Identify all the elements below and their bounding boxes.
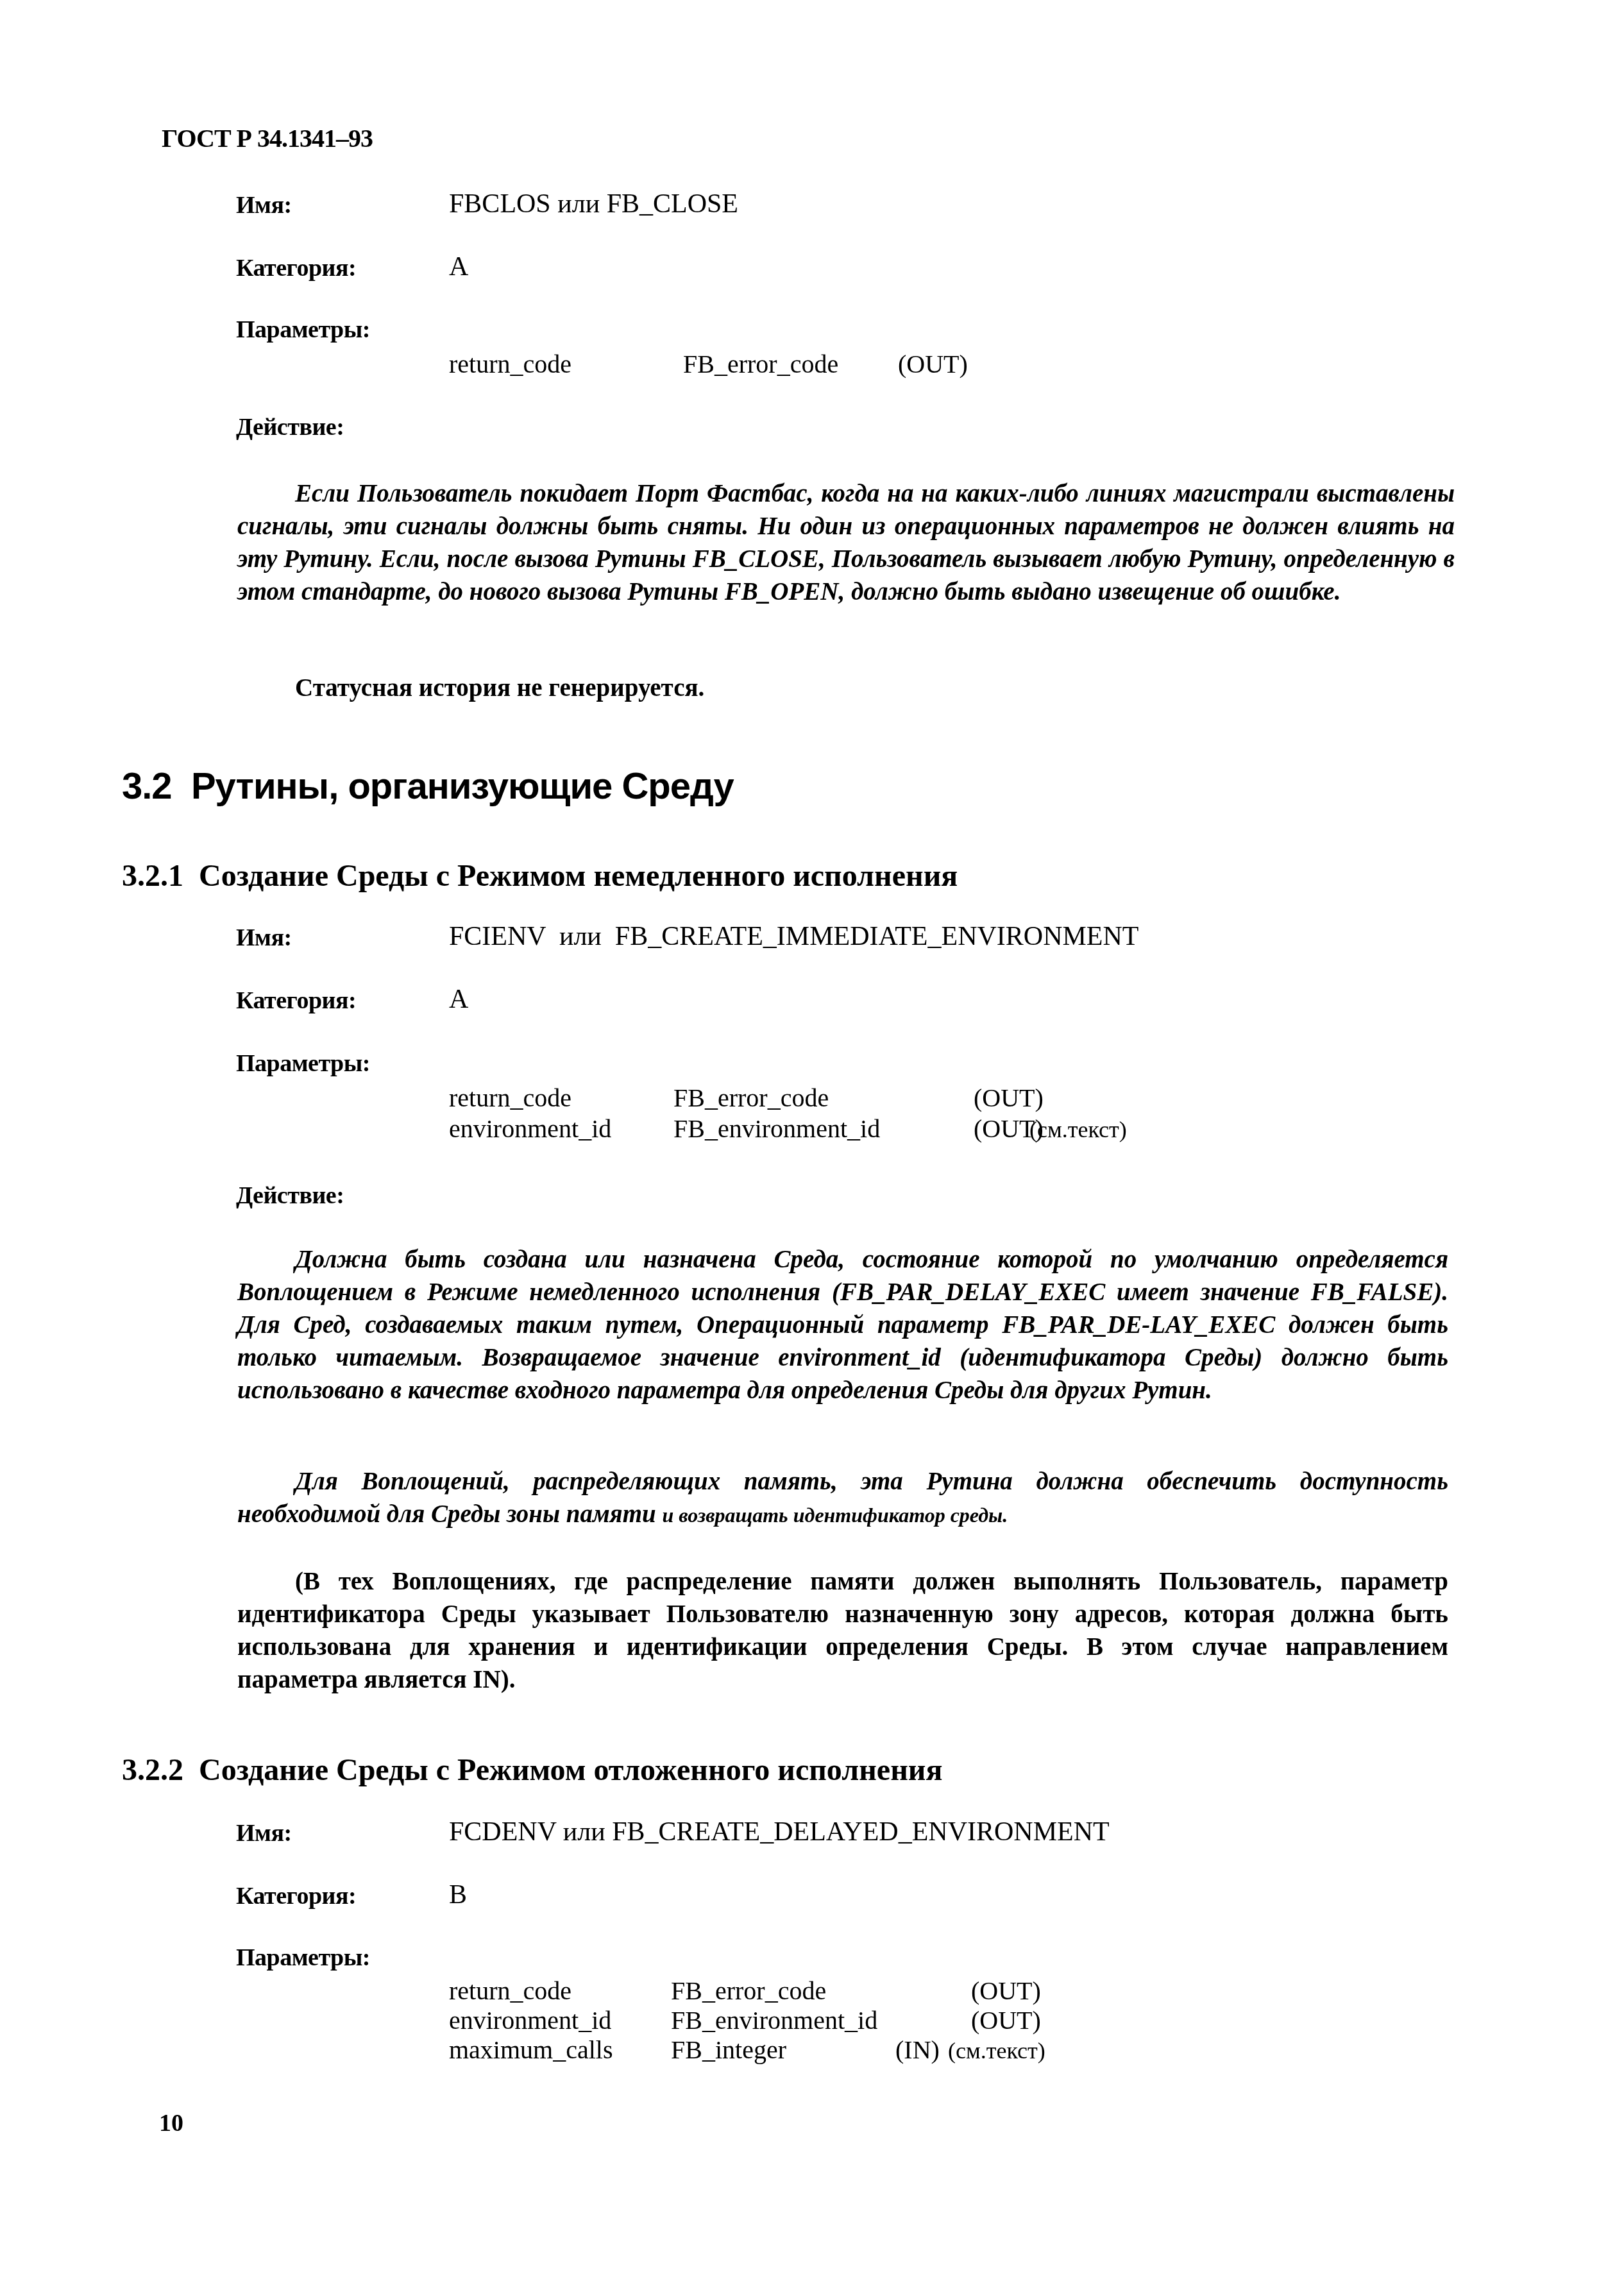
param-type: FB_error_code: [683, 349, 838, 379]
category-label: Категория:: [236, 987, 356, 1015]
routine-name: FBCLOS или FB_CLOSE: [449, 189, 738, 219]
param-type: FB_integer: [671, 2035, 786, 2065]
routine-category: A: [449, 984, 468, 1015]
action-paragraph-memory: Для Воплощений, распределяющих память, э…: [237, 1465, 1448, 1532]
param-type: FB_environment_id: [671, 2005, 877, 2035]
param-note: (см.текст): [948, 2037, 1045, 2064]
param-note: (см.текст): [1029, 1116, 1127, 1143]
action-paragraph: Должна быть создана или назначена Среда,…: [237, 1243, 1448, 1407]
subsection-title: Создание Среды с Режимом немедленного ис…: [199, 859, 958, 893]
routine-name: FCDENV или FB_CREATE_DELAYED_ENVIRONMENT: [449, 1817, 1110, 1847]
name-label: Имя:: [236, 924, 292, 952]
subsection-heading-3-2-2: 3.2.2 Создание Среды с Режимом отложенно…: [122, 1752, 942, 1788]
status-note: Статусная история не генерируется.: [295, 674, 704, 702]
subsection-number: 3.2.1: [122, 859, 183, 893]
category-label: Категория:: [236, 254, 356, 282]
param-direction: (OUT): [971, 2005, 1041, 2035]
parameters-label: Параметры:: [236, 316, 370, 344]
section-title: Рутины, организующие Среду: [191, 765, 734, 807]
param-name: environment_id: [449, 2005, 611, 2035]
routine-name: FCIENV или FB_CREATE_IMMEDIATE_ENVIRONME…: [449, 921, 1138, 952]
routine-category: B: [449, 1879, 467, 1910]
action-text-part: и возвращать идентификатор среды.: [663, 1504, 1008, 1527]
param-direction: (OUT): [898, 349, 968, 379]
param-direction: (OUT): [974, 1083, 1044, 1113]
category-label: Категория:: [236, 1882, 356, 1910]
section-number: 3.2: [122, 765, 172, 807]
param-type: FB_error_code: [673, 1083, 829, 1113]
param-name: return_code: [449, 1976, 571, 2006]
param-name: environment_id: [449, 1114, 611, 1144]
param-direction: (OUT): [971, 1976, 1041, 2006]
param-name: return_code: [449, 1083, 571, 1113]
name-label: Имя:: [236, 191, 292, 219]
parameters-label: Параметры:: [236, 1944, 370, 1972]
param-name: return_code: [449, 349, 571, 379]
subsection-number: 3.2.2: [122, 1753, 183, 1787]
param-type: FB_error_code: [671, 1976, 826, 2006]
parameters-label: Параметры:: [236, 1049, 370, 1078]
name-label: Имя:: [236, 1819, 292, 1847]
subsection-heading-3-2-1: 3.2.1 Создание Среды с Режимом немедленн…: [122, 858, 958, 894]
subsection-title: Создание Среды с Режимом отложенного исп…: [199, 1753, 942, 1787]
section-heading-3-2: 3.2 Рутины, организующие Среду: [122, 765, 734, 808]
action-paragraph: Если Пользователь покидает Порт Фастбас,…: [237, 477, 1455, 608]
routine-category: A: [449, 251, 468, 282]
action-text-part: Для Воплощений, распределяющих память, э…: [295, 1468, 1246, 1495]
note-paragraph: (В тех Воплощениях, где распределение па…: [237, 1565, 1448, 1696]
param-direction: (IN): [895, 2035, 940, 2065]
action-label: Действие:: [236, 1182, 344, 1210]
param-name: maximum_calls: [449, 2035, 613, 2065]
action-label: Действие:: [236, 413, 344, 441]
document-standard-header: ГОСТ Р 34.1341–93: [162, 123, 373, 153]
param-type: FB_environment_id: [673, 1114, 880, 1144]
page-number: 10: [159, 2109, 183, 2137]
